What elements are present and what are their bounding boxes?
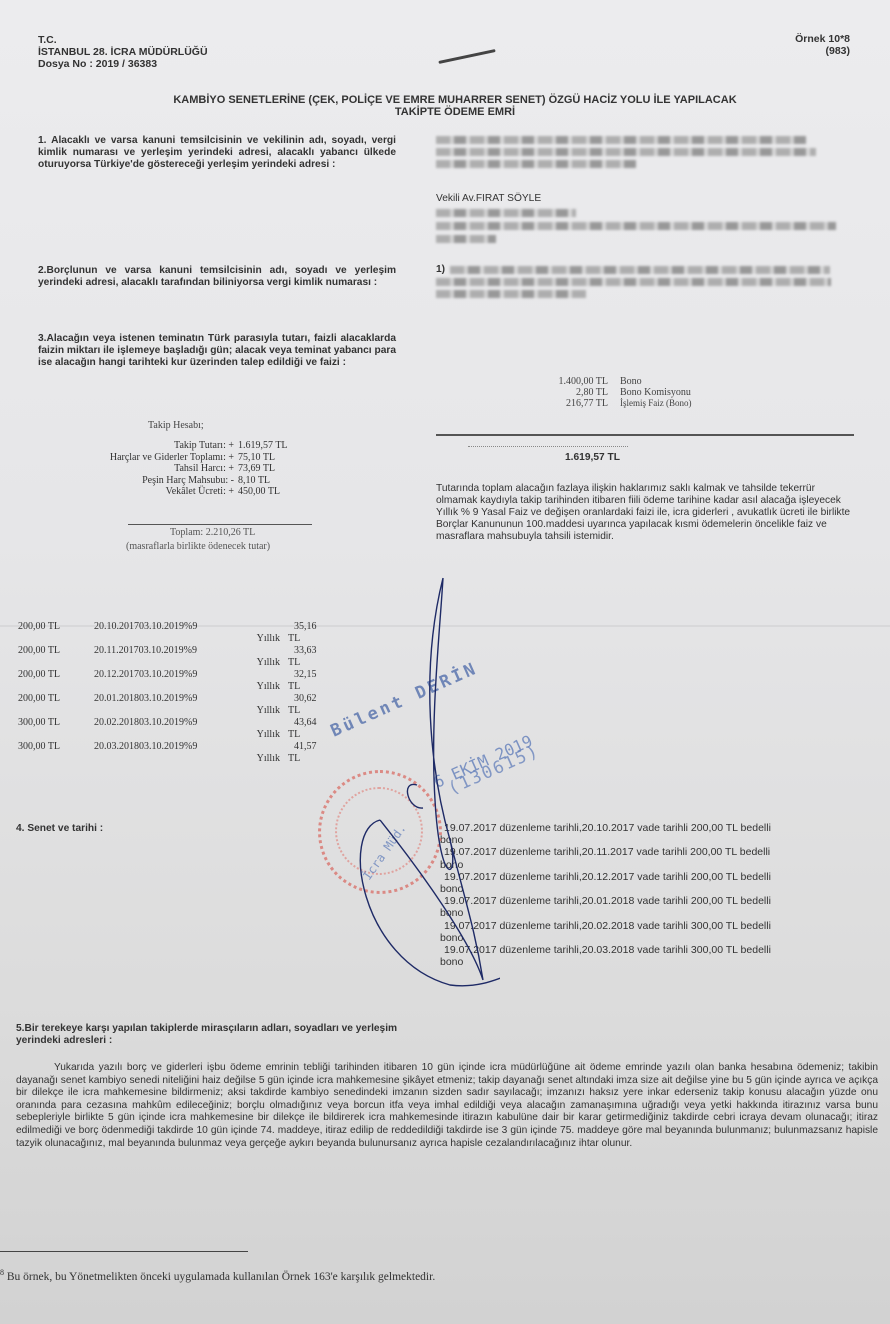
interest-row: 200,00 TL20.11.201703.10.2019%933,63Yıll… [18,645,334,669]
calc-total-label: Toplam: [170,527,203,538]
footnote-text: Bu örnek, bu Yönetmelikten önceki uygula… [7,1271,435,1283]
form-code: (983) [795,45,850,57]
claims-total: 1.619,57 TL [565,452,620,464]
calc-divider [128,524,312,525]
senet-list: 19.07.2017 düzenleme tarihli,20.10.2017 … [440,822,880,968]
section-4-label: 4. Senet ve tarihi : [16,823,103,835]
dotted-line [468,446,628,447]
claim-row: 216,77 TLİşlemiş Faiz (Bono) [550,398,692,409]
senet-item: 19.07.2017 düzenleme tarihli,20.10.2017 … [440,822,880,846]
legal-notice: Yukarıda yazılı borç ve giderleri işbu ö… [16,1062,878,1150]
senet-item: 19.07.2017 düzenleme tarihli,20.12.2017 … [440,871,880,895]
senet-item: 19.07.2017 düzenleme tarihli,20.03.2018 … [440,944,880,968]
creditor-redacted [436,136,836,168]
title-line-1: KAMBİYO SENETLERİNE (ÇEK, POLİÇE VE EMRE… [60,94,850,106]
senet-item: 19.07.2017 düzenleme tarihli,20.01.2018 … [440,895,880,919]
section-3-label: 3.Alacağın veya istenen teminatın Türk p… [38,333,396,369]
claim-row: 1.400,00 TLBono [550,376,692,387]
interest-row: 200,00 TL20.01.201803.10.2019%930,62Yıll… [18,693,334,717]
document-title: KAMBİYO SENETLERİNE (ÇEK, POLİÇE VE EMRE… [60,94,850,118]
header-office: İSTANBUL 28. İCRA MÜDÜRLÜĞÜ [38,46,208,58]
debtor-redacted [450,266,850,298]
calc-row: Harçlar ve Giderler Toplamı: +75,10 TL [60,452,320,464]
senet-item: 19.07.2017 düzenleme tarihli,20.11.2017 … [440,846,880,870]
interest-row: 300,00 TL20.02.201803.10.2019%943,64Yıll… [18,717,334,741]
calc-table: Takip Tutarı: +1.619,57 TL Harçlar ve Gi… [60,440,320,498]
calc-row: Vekâlet Ücreti: +450,00 TL [60,486,320,498]
calc-row: Tahsil Harcı: +73,69 TL [60,463,320,475]
pen-mark [438,49,495,64]
attorney-address-redacted [436,209,846,243]
debtor-prefix: 1) [436,264,445,276]
claim-row: 2,80 TLBono Komisyonu [550,387,692,398]
form-number: Örnek 10*8 [795,33,850,45]
footnote-divider [0,1251,248,1252]
signature [300,570,500,1010]
calc-heading: Takip Hesabı; [148,420,204,431]
interest-row: 200,00 TL20.10.201703.10.2019%935,16Yıll… [18,621,334,645]
interest-table: 200,00 TL20.10.201703.10.2019%935,16Yıll… [18,621,334,765]
interest-row: 300,00 TL20.03.201803.10.2019%941,57Yıll… [18,741,334,765]
title-line-2: TAKİPTE ÖDEME EMRİ [60,106,850,118]
calc-row: Takip Tutarı: +1.619,57 TL [60,440,320,452]
claims-list: 1.400,00 TLBono 2,80 TLBono Komisyonu 21… [550,376,692,409]
senet-item: 19.07.2017 düzenleme tarihli,20.02.2018 … [440,920,880,944]
claim-statement: Tutarında toplam alacağın fazlaya ilişki… [436,483,856,543]
footnote-marker: 8 [0,1268,4,1277]
section-2-label: 2.Borçlunun ve varsa kanuni temsilcisini… [38,265,396,289]
footnote: 8 Bu örnek, bu Yönetmelikten önceki uygu… [0,1268,435,1283]
calc-total-value: 2.210,26 TL [206,527,256,538]
header-tc: T.C. [38,34,208,46]
claims-divider [436,434,854,436]
interest-row: 200,00 TL20.12.201703.10.2019%932,15Yıll… [18,669,334,693]
section-1-label: 1. Alacaklı ve varsa kanuni temsilcisini… [38,135,396,171]
attorney-name: Vekili Av.FIRAT SÖYLE [436,193,541,205]
calc-total: Toplam: 2.210,26 TL [170,527,255,538]
calc-note: (masraflarla birlikte ödenecek tutar) [126,541,270,552]
header-block: T.C. İSTANBUL 28. İCRA MÜDÜRLÜĞÜ Dosya N… [38,34,208,70]
section-5-label: 5.Bir terekeye karşı yapılan takiplerde … [16,1023,436,1047]
header-file-no: Dosya No : 2019 / 36383 [38,58,208,70]
calc-row: Peşin Harç Mahsubu: -8,10 TL [60,475,320,487]
form-number-block: Örnek 10*8 (983) [795,33,850,57]
